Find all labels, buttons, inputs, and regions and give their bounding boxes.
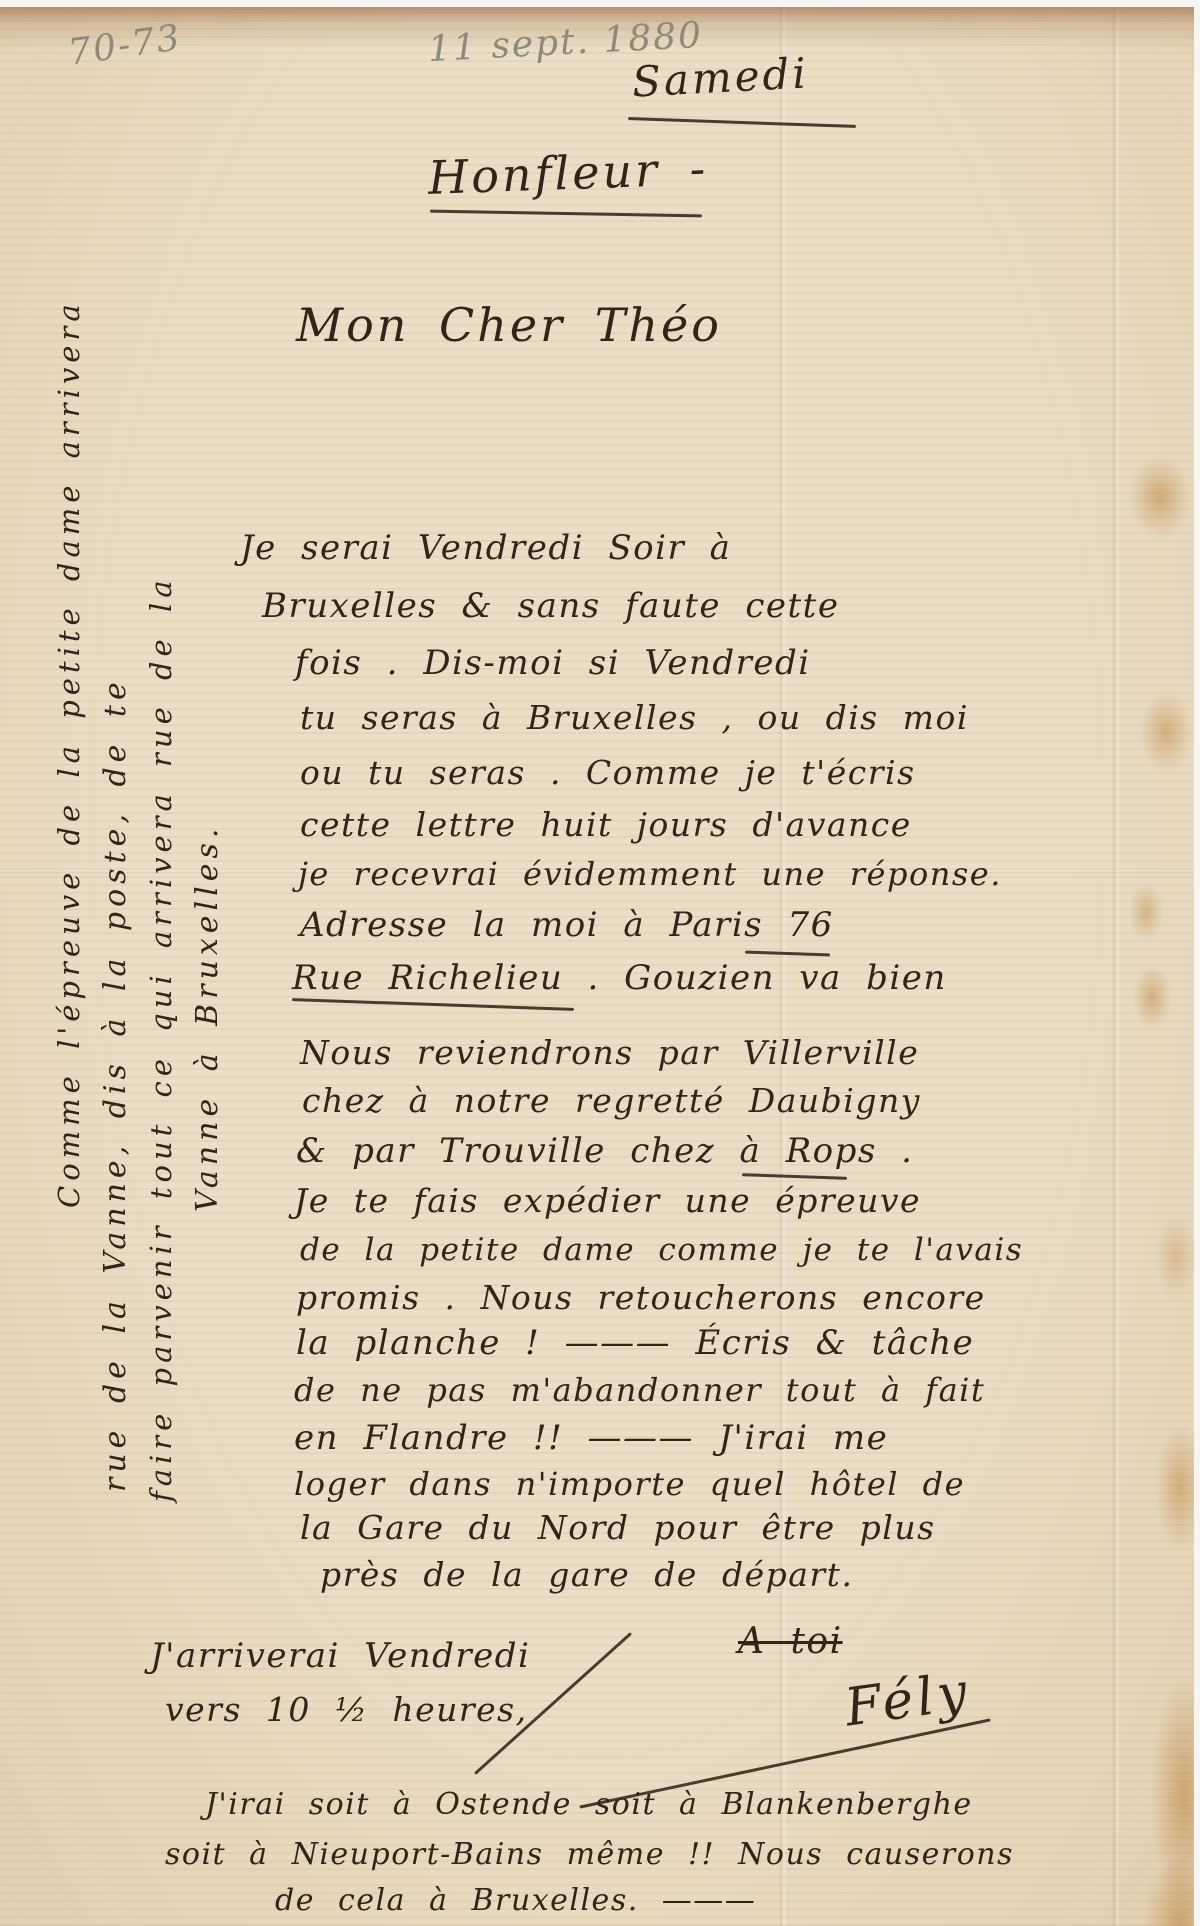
body-line: la planche ! ——— Écris & tâche <box>296 1325 974 1362</box>
body-line: & par Trouville chez à Rops . <box>296 1133 913 1170</box>
margin-note-line: faire parvenir tout ce qui arrivera rue … <box>144 576 178 1503</box>
side-note-line: vers 10 ½ heures, <box>165 1692 528 1728</box>
body-line: Je serai Vendredi Soir à <box>240 530 731 567</box>
body-line: tu seras à Bruxelles , ou dis moi <box>300 700 969 736</box>
body-line: promis . Nous retoucherons encore <box>296 1280 986 1316</box>
body-line: Nous reviendrons par Villerville <box>300 1035 919 1071</box>
heading-day: Samedi <box>631 50 810 105</box>
body-line: de la petite dame comme je te l'avais <box>300 1233 1023 1267</box>
body-line: loger dans n'importe quel hôtel de <box>294 1467 965 1502</box>
margin-note-line: Vanne à Bruxelles. <box>190 824 225 1212</box>
side-note-line: J'arriverai Vendredi <box>150 1638 530 1675</box>
postscript-line: de cela à Bruxelles. ——— <box>275 1884 756 1917</box>
body-line: la Gare du Nord pour être plus <box>300 1510 936 1546</box>
body-line: chez à notre regretté Daubigny <box>302 1083 921 1119</box>
body-line: fois . Dis-moi si Vendredi <box>295 645 811 682</box>
body-line: près de la gare de départ. <box>320 1557 853 1593</box>
body-line: Bruxelles & sans faute cette <box>262 588 839 625</box>
body-line: ou tu seras . Comme je t'écris <box>300 755 916 791</box>
heading-place: Honfleur - <box>427 143 709 203</box>
margin-note-line: rue de la Vanne, dis à la poste, de te <box>98 677 133 1492</box>
letter-scan: 70-73 11 sept. 1880 Samedi Honfleur - Mo… <box>0 0 1200 1926</box>
margin-note-line: Comme l'épreuve de la petite dame arrive… <box>52 299 86 1208</box>
salutation: Mon Cher Théo <box>296 300 722 351</box>
body-line: en Flandre !! ——— J'irai me <box>294 1420 888 1457</box>
body-line: je recevrai évidemment une réponse. <box>298 857 1002 892</box>
valediction: A toi <box>738 1622 843 1662</box>
postscript-line: soit à Nieuport-Bains même !! Nous cause… <box>165 1838 1014 1871</box>
body-line: Rue Richelieu . Gouzien va bien <box>292 960 947 997</box>
body-line: cette lettre huit jours d'avance <box>300 807 912 843</box>
body-line: Je te fais expédier une épreuve <box>294 1183 921 1219</box>
body-line: Adresse la moi à Paris 76 <box>300 907 834 944</box>
body-line: de ne pas m'abandonner tout à fait <box>294 1373 985 1408</box>
